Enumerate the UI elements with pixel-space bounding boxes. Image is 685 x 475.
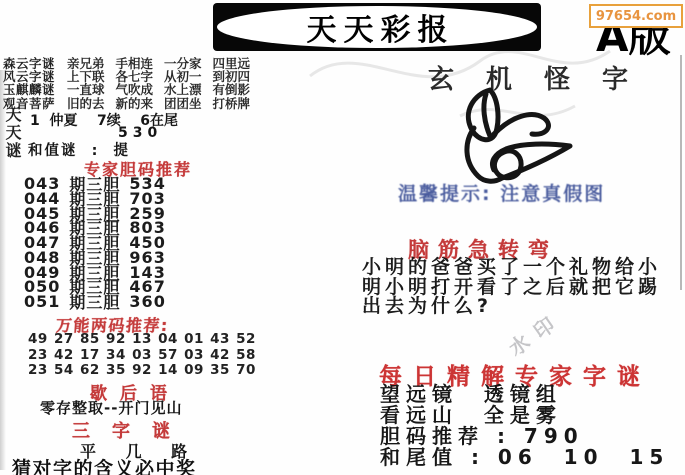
- sanzimi-note: 猜对字的含义必中奖: [12, 454, 197, 475]
- list-cell: 57: [158, 347, 178, 363]
- list-cell: 03: [184, 347, 204, 363]
- list-cell: 13: [132, 331, 152, 347]
- list-cell: 58: [236, 347, 256, 363]
- list-cell: 23: [28, 362, 48, 378]
- list-cell: 70: [236, 362, 256, 378]
- list-cell: 62: [80, 362, 100, 378]
- dan-issue: 051: [24, 292, 60, 311]
- website-box: 97654.com: [589, 4, 683, 28]
- mystery-doodle-drawing: [428, 86, 618, 186]
- page-title: 天天彩报: [300, 5, 455, 49]
- riddle-row: 观音菩萨 旧的去新的来团团坐打桥牌: [3, 96, 271, 109]
- list-cell: 望远镜 透镜组: [380, 384, 669, 405]
- website-url: 97654.com: [596, 9, 676, 24]
- twocode-row: 492785921304014352: [28, 331, 256, 347]
- masthead-band: 天天彩报: [213, 3, 541, 51]
- twocode-row: 234217340357034258: [28, 347, 256, 363]
- list-cell: 34: [106, 347, 126, 363]
- list-cell: 49: [28, 331, 48, 347]
- dan-label: 期三胆: [69, 290, 120, 313]
- list-cell: 03: [132, 347, 152, 363]
- list-cell: 27: [54, 331, 74, 347]
- list-cell: 35: [106, 362, 126, 378]
- list-cell: 09: [184, 362, 204, 378]
- list-cell: 92: [132, 362, 152, 378]
- newspaper-page: 天天彩报 97654.com A版 森云字谜 亲兄弟手相连一分家四里远 风云字谜…: [0, 0, 685, 475]
- list-cell: 胆码推荐 : 790: [380, 426, 669, 447]
- list-cell: 看远山 全是雾: [380, 405, 669, 426]
- list-cell: 14: [158, 362, 178, 378]
- list-cell: 42: [210, 347, 230, 363]
- list-cell: 17: [80, 347, 100, 363]
- list-cell: 出去为什么?: [362, 297, 682, 317]
- list-cell: 92: [106, 331, 126, 347]
- warm-tip-text: 温馨提示: 注意真假图: [398, 179, 605, 206]
- list-cell: 42: [54, 347, 74, 363]
- scan-edge-shadow: [0, 70, 6, 470]
- twocode-row: 235462359214093570: [28, 362, 256, 378]
- dan-list: 043 期三胆 534 044 期三胆 703 045 期三胆 259 046 …: [24, 176, 166, 309]
- list-cell: 和尾值 : 06 10 15: [380, 447, 669, 468]
- masthead-ellipse: 天天彩报: [217, 6, 537, 48]
- list-cell: 43: [210, 331, 230, 347]
- xiehouyu-text: 零存整取--开门见山: [40, 397, 182, 418]
- daily-riddle-lines: 望远镜 透镜组看远山 全是雾胆码推荐 : 790和尾值 : 06 10 15: [380, 384, 669, 468]
- brain-teaser-text: 小明的爸爸买了一个礼物给小明小明打开看了之后就把它踢出去为什么?: [362, 258, 682, 317]
- list-cell: 85: [80, 331, 100, 347]
- list-cell: 52: [236, 331, 256, 347]
- list-cell: 54: [54, 362, 74, 378]
- list-cell: 35: [210, 362, 230, 378]
- list-cell: 01: [184, 331, 204, 347]
- list-cell: 04: [158, 331, 178, 347]
- twocode-grid: 492785921304014352 234217340357034258 23…: [28, 331, 256, 378]
- list-cell: 23: [28, 347, 48, 363]
- dan-row: 051 期三胆 360: [24, 294, 166, 309]
- page-edge-line: [680, 55, 682, 290]
- list-cell: 小明的爸爸买了一个礼物给小: [362, 258, 682, 278]
- dan-value: 360: [129, 292, 165, 311]
- riddle-block: 森云字谜 亲兄弟手相连一分家四里远 风云字谜 上下联各七字从初一到初四 玉麒麟谜…: [3, 56, 271, 110]
- list-cell: 打桥牌: [213, 94, 251, 112]
